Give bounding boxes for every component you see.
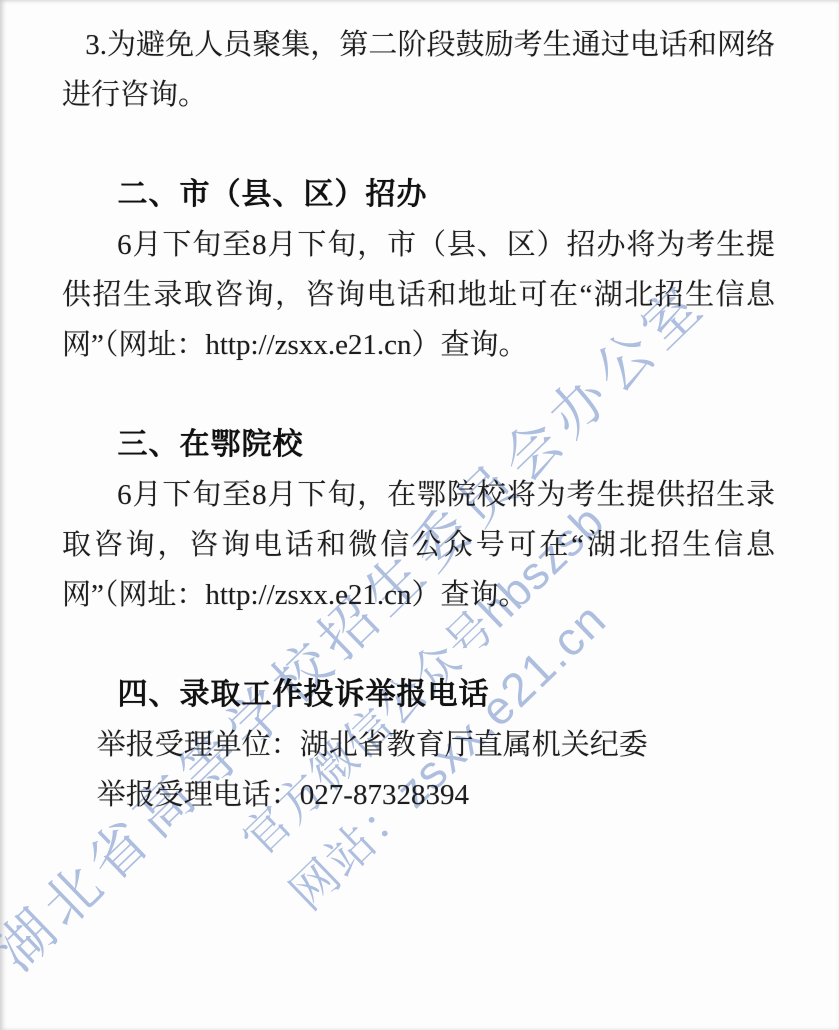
document-page: 湖北省高等学校招生委员会办公室 官方微信公众号hbszsb 网站：zsxx.e2… (0, 0, 839, 1030)
document-content: 3.为避免人员聚集，第二阶段鼓励考生通过电话和网络进行咨询。 二、市（县、区）招… (0, 0, 839, 1030)
complaint-accepting-unit: 举报受理单位：湖北省教育厅直属机关纪委 (62, 720, 775, 770)
section-body-hubei-colleges: 6月下旬至8月下旬，在鄂院校将为考生提供招生录取咨询，咨询电话和微信公众号可在“… (62, 470, 775, 620)
section-heading-hubei-colleges: 三、在鄂院校 (62, 420, 775, 470)
paragraph-intro: 3.为避免人员聚集，第二阶段鼓励考生通过电话和网络进行咨询。 (62, 20, 775, 120)
complaint-phone-number: 举报受理电话：027-87328394 (62, 770, 775, 820)
section-heading-city-county-offices: 二、市（县、区）招办 (62, 170, 775, 220)
section-body-city-county-offices: 6月下旬至8月下旬，市（县、区）招办将为考生提供招生录取咨询，咨询电话和地址可在… (62, 220, 775, 370)
section-heading-complaint-hotline: 四、录取工作投诉举报电话 (62, 670, 775, 720)
